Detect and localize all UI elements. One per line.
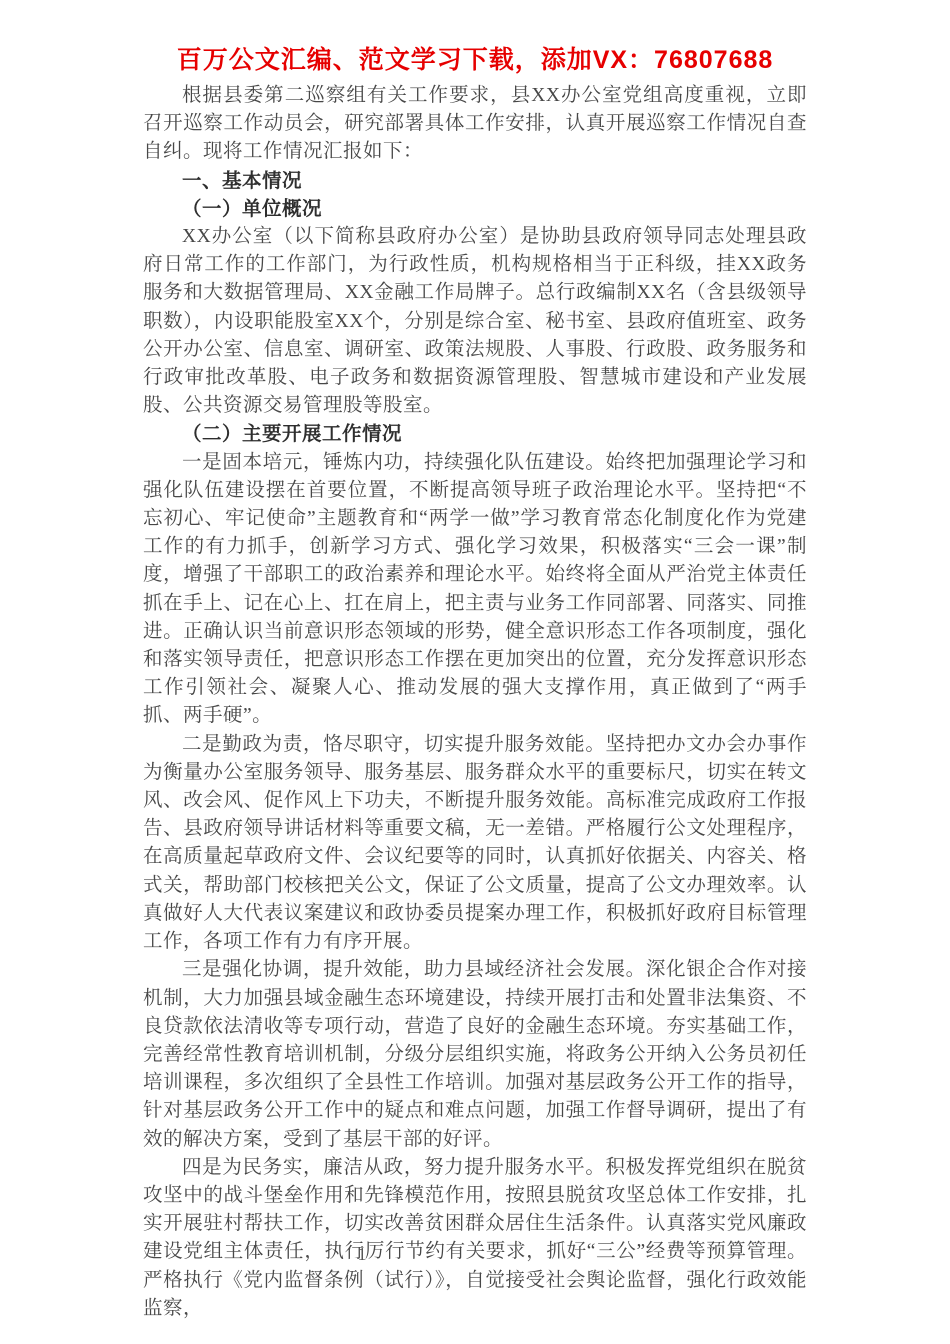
paragraph-intro: 根据县委第二巡察组有关工作要求，县XX办公室党组高度重视，立即召开巡察工作动员会… [143, 82, 807, 167]
subsection-heading-unit-overview: （一）单位概况 [143, 195, 807, 223]
paragraph-work-item-4: 四是为民务实，廉洁从政，努力提升服务水平。积极发挥党组织在脱贫攻坚中的战斗堡垒作… [143, 1154, 807, 1323]
document-body: 根据县委第二巡察组有关工作要求，县XX办公室党组高度重视，立即召开巡察工作动员会… [143, 82, 807, 1323]
document-page: 百万公文汇编、范文学习下载，添加VX：76807688 根据县委第二巡察组有关工… [0, 0, 950, 1344]
paragraph-work-item-3: 三是强化协调，提升效能，助力县域经济社会发展。深化银企合作对接机制，大力加强县域… [143, 956, 807, 1153]
paragraph-work-item-1: 一是固本培元，锤炼内功，持续强化队伍建设。始终把加强理论学习和强化队伍建设摆在首… [143, 449, 807, 731]
subsection-heading-main-work: （二）主要开展工作情况 [143, 420, 807, 448]
section-heading-basic-situation: 一、基本情况 [143, 167, 807, 195]
promo-header-text: 百万公文汇编、范文学习下载，添加VX：76807688 [0, 40, 950, 76]
page-number: 1 [342, 1244, 382, 1265]
paragraph-unit-overview: XX办公室（以下简称县政府办公室）是协助县政府领导同志处理县政府日常工作的工作部… [143, 223, 807, 420]
paragraph-work-item-2: 二是勤政为责，恪尽职守，切实提升服务效能。坚持把办文办会办事作为衡量办公室服务领… [143, 731, 807, 957]
